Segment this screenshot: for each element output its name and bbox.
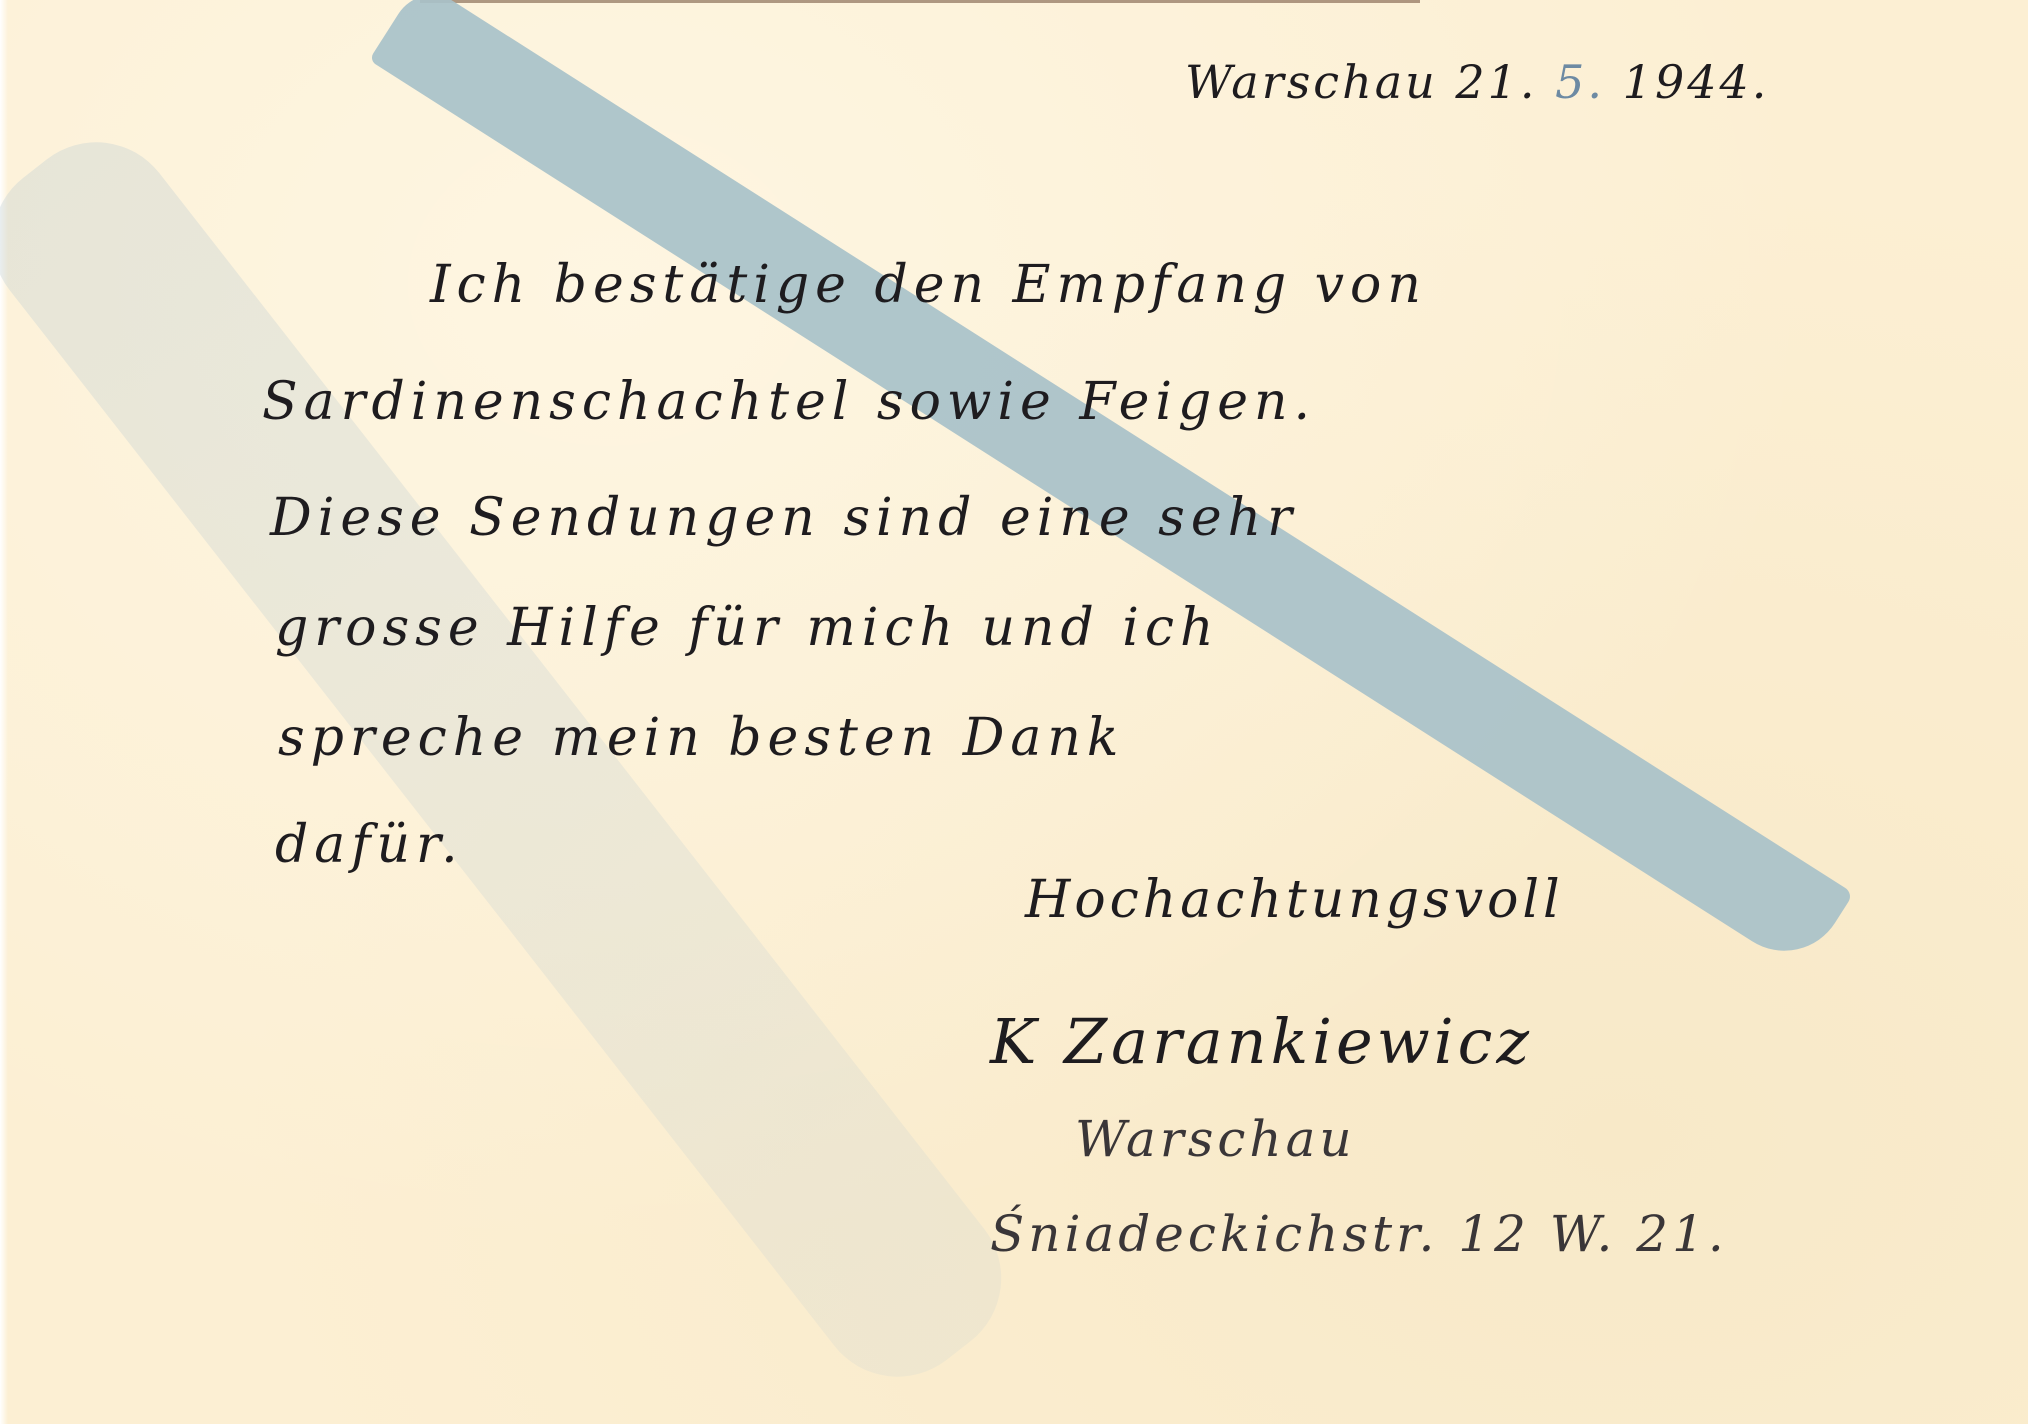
postcard: Warschau 21. 5. 1944. Ich bestätige den … bbox=[0, 0, 2028, 1424]
signature: K Zarankiewicz bbox=[990, 1005, 1533, 1078]
body-line-1: Ich bestätige den Empfang von bbox=[430, 255, 1427, 315]
sender-street: Śniadeckichstr. 12 W. 21. bbox=[990, 1205, 1728, 1263]
date-month: 5. bbox=[1555, 55, 1605, 109]
sender-city: Warschau bbox=[1075, 1110, 1356, 1168]
body-line-2: Sardinenschachtel sowie Feigen. bbox=[262, 372, 1316, 432]
card-top-edge bbox=[420, 0, 1420, 3]
date-day: 21. bbox=[1455, 55, 1537, 109]
closing: Hochachtungsvoll bbox=[1025, 870, 1564, 930]
body-line-6: dafür. bbox=[275, 815, 464, 875]
body-line-4: grosse Hilfe für mich und ich bbox=[275, 598, 1220, 658]
body-line-5: spreche mein besten Dank bbox=[278, 708, 1124, 768]
date-line: Warschau 21. 5. 1944. bbox=[1185, 55, 1769, 109]
date-year: 1944. bbox=[1623, 55, 1770, 109]
body-line-3: Diese Sendungen sind eine sehr bbox=[270, 488, 1298, 548]
date-place: Warschau bbox=[1185, 55, 1438, 109]
